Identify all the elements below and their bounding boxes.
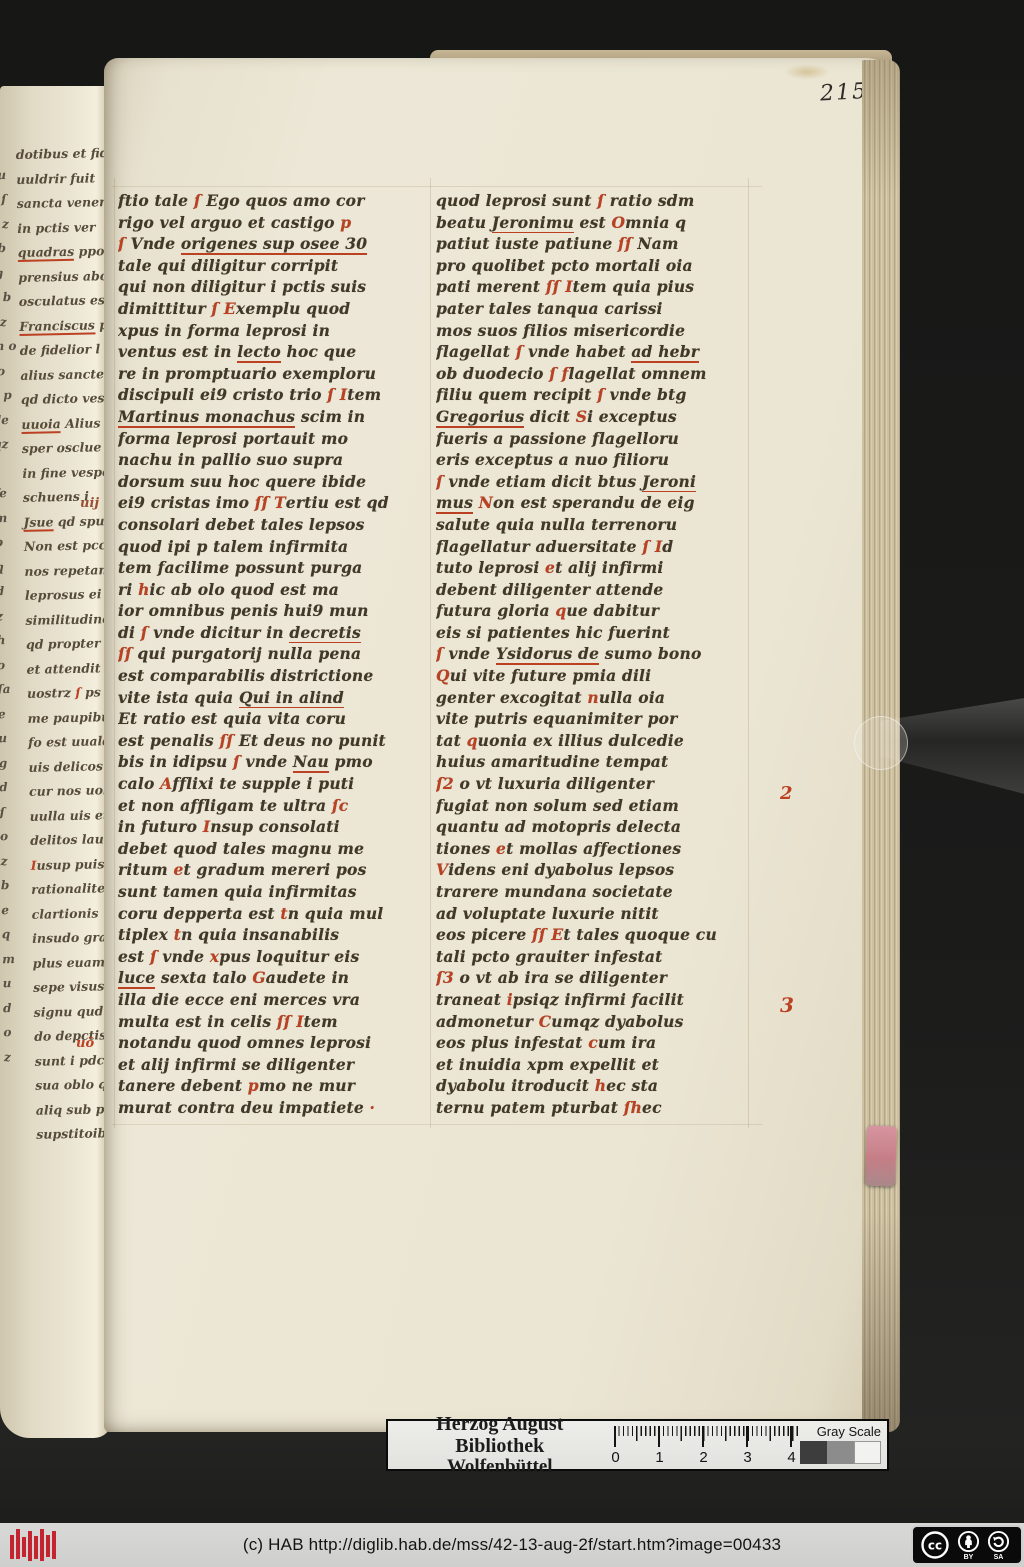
manuscript-line: ftio tale ſ Ego quos amo cor xyxy=(118,190,428,212)
manuscript-line: ventus est in lecto hoc que xyxy=(118,341,428,363)
manuscript-line: xpus in forma leprosi in xyxy=(118,320,428,342)
manuscript-line: cur nos uolu xyxy=(29,778,112,804)
manuscript-line: osculatus est xyxy=(19,288,105,314)
manuscript-line: ſo xyxy=(0,358,22,383)
manuscript-line: quantu ad motopris delecta xyxy=(436,816,746,838)
ruler-label: 1 xyxy=(652,1449,668,1466)
manuscript-line: supstitoibz xyxy=(36,1121,112,1147)
manuscript-line: d xyxy=(0,579,26,604)
ruler-cm-tick xyxy=(746,1426,748,1447)
manuscript-line: signu qud di xyxy=(33,999,112,1025)
manuscript-line: u xyxy=(2,971,32,996)
footer-strip: (c) HAB http://diglib.hab.de/mss/42-13-a… xyxy=(0,1523,1024,1567)
manuscript-line: sunt tamen quia infirmitas xyxy=(118,881,428,903)
ruling-line xyxy=(112,186,762,187)
manuscript-line: ri hic ab olo quod est ma xyxy=(118,579,428,601)
manuscript-line: consolari debet tales lepsos xyxy=(118,514,428,536)
manuscript-line: ſ Vnde origenes sup osee 30 xyxy=(118,233,428,255)
manuscript-line: eos picere ſſ Et tales quoque cu xyxy=(436,924,746,946)
manuscript-line: nachu in pallio suo supra xyxy=(118,449,428,471)
manuscript-line: et alij infirmi se diligenter xyxy=(118,1054,428,1076)
manuscript-line: trarere mundana societate xyxy=(436,881,746,903)
manuscript-line: filiu quem recipit ſ vnde btg xyxy=(436,384,746,406)
gutter-marginal-mark-red: uō xyxy=(76,1036,94,1051)
manuscript-line: pro quolibet pcto mortali oia xyxy=(436,255,746,277)
page-holder-strip xyxy=(880,694,1024,798)
manuscript-line: mus Non est sperandu de eig xyxy=(436,492,746,514)
manuscript-line: sancta vener xyxy=(17,190,103,216)
manuscript-line: murat contra deu impatiete · xyxy=(118,1097,428,1119)
manuscript-photo: hñuo ſd zabigo buzm oſoz pdeqzıſembqdzho… xyxy=(0,0,1024,1567)
manuscript-line: in pctis ver xyxy=(17,215,103,241)
ruler-label: 3 xyxy=(740,1449,756,1466)
manuscript-line: plus euam 9 xyxy=(32,950,112,976)
manuscript-line: et inuidia xpm expellit et xyxy=(436,1054,746,1076)
manuscript-line: uuoia Alius xyxy=(21,411,107,437)
ruler-cm-tick xyxy=(702,1426,704,1447)
manuscript-line: Franciscus po xyxy=(19,313,105,339)
manuscript-line: traneat ipsiqz infirmi facilit xyxy=(436,989,746,1011)
manuscript-line: beatu Jeronimu est Omnia q xyxy=(436,212,746,234)
grayscale-swatch-mid xyxy=(827,1441,854,1464)
manuscript-line: tale qui diligitur corripit xyxy=(118,255,428,277)
manuscript-line: eris exceptus a nuo filioru xyxy=(436,449,746,471)
text-column-left: ftio tale ſ Ego quos amo corrigo vel arg… xyxy=(118,190,428,1119)
manuscript-line: do depctis su xyxy=(34,1023,112,1049)
manuscript-line: uulla uis et z xyxy=(29,803,112,829)
manuscript-line: o xyxy=(0,824,30,849)
manuscript-line: vite ista quia Qui in alind xyxy=(118,687,428,709)
cc-logo-icon: cc xyxy=(920,1530,950,1560)
manuscript-line: patiut iuste patiune ſſ Nam xyxy=(436,233,746,255)
institution-line2: Wolfenbüttel xyxy=(394,1457,606,1477)
manuscript-line: ternu patem pturbat ſhec xyxy=(436,1097,746,1119)
grayscale-swatch-dark xyxy=(800,1441,827,1464)
manuscript-line: z p xyxy=(0,383,23,408)
ruler-cm-tick xyxy=(658,1426,660,1447)
manuscript-line: Qui vite future pmia dili xyxy=(436,665,746,687)
manuscript-line: Martinus monachus scim in xyxy=(118,406,428,428)
manuscript-line: o xyxy=(0,652,27,677)
manuscript-line: ſ xyxy=(0,799,30,824)
cc-sa-icon: SA xyxy=(987,1530,1010,1561)
manuscript-line: ı xyxy=(0,456,24,481)
ruling-line xyxy=(112,1124,762,1125)
manuscript-line: pati merent ſſ Item quia pius xyxy=(436,276,746,298)
manuscript-line: alius sancte xyxy=(20,362,106,388)
manuscript-line: q xyxy=(0,554,26,579)
manuscript-line: fo est uualde xyxy=(28,729,112,755)
manuscript-line: ad voluptate luxurie nitit xyxy=(436,903,746,925)
manuscript-line: flagellat ſ vnde habet ad hebr xyxy=(436,341,746,363)
cc-license-badge[interactable]: cc BY SA xyxy=(911,1525,1023,1565)
manuscript-line: ei9 cristas imo ſſ Tertiu est qd xyxy=(118,492,428,514)
manuscript-line: fugiat non solum sed etiam xyxy=(436,795,746,817)
manuscript-line: qd propter le xyxy=(26,631,112,657)
manuscript-line: ſ2 o vt luxuria diligenter xyxy=(436,773,746,795)
manuscript-line: delitos lau xyxy=(30,827,112,853)
gutter-marginal-mark: uij xyxy=(80,496,99,511)
manuscript-line: aliq sub pe xyxy=(36,1097,112,1123)
manuscript-line: m xyxy=(2,946,32,971)
manuscript-line: ſ vnde etiam dicit btus Jeroni xyxy=(436,471,746,493)
calibration-bar: Herzog August Bibliothek Wolfenbüttel 0 … xyxy=(386,1419,889,1471)
manuscript-line: illa die ecce eni merces vra xyxy=(118,989,428,1011)
manuscript-line: Gregorius dicit Si exceptus xyxy=(436,406,746,428)
manuscript-line: bis in idipsu ſ vnde Nau pmo xyxy=(118,751,428,773)
manuscript-line: similitudine 9 xyxy=(25,607,111,633)
manuscript-line: sua oblo q xyxy=(35,1072,112,1098)
manuscript-line: g xyxy=(0,750,29,775)
previous-page-edge: hñuo ſd zabigo buzm oſoz pdeqzıſembqdzho… xyxy=(0,86,112,1438)
text-column-right: quod leprosi sunt ſ ratio sdmbeatu Jeron… xyxy=(436,190,746,1119)
manuscript-line: uuldrir fuit xyxy=(16,166,102,192)
manuscript-line: tuto leprosi et alij infirmi xyxy=(436,557,746,579)
manuscript-line: insudo gra xyxy=(32,925,112,951)
manuscript-line: quod leprosi sunt ſ ratio sdm xyxy=(436,190,746,212)
manuscript-line: tem facilime possunt purga xyxy=(118,557,428,579)
manuscript-line: huius amaritudine tempat xyxy=(436,751,746,773)
manuscript-line: in fine vespe xyxy=(22,460,108,486)
manuscript-line: pater tales tanqua carissi xyxy=(436,298,746,320)
manuscript-line: est ſ vnde xpus loquitur eis xyxy=(118,946,428,968)
ruler-cm-tick xyxy=(790,1426,792,1447)
manuscript-line: forma leprosi portauit mo xyxy=(118,428,428,450)
pink-bookmark-tab xyxy=(865,1125,897,1186)
manuscript-line: ior omnibus penis hui9 mun xyxy=(118,600,428,622)
grayscale-label: Gray Scale xyxy=(817,1424,881,1439)
manuscript-line: Et ratio est quia vita coru xyxy=(118,708,428,730)
manuscript-line: u xyxy=(0,726,29,751)
manuscript-line: admonetur Cumqz dyabolus xyxy=(436,1011,746,1033)
manuscript-line: est comparabilis districtione xyxy=(118,665,428,687)
manuscript-line: mos suos filios misericordie xyxy=(436,320,746,342)
marginal-number-2: 2 xyxy=(780,783,793,804)
manuscript-line: notandu quod omnes leprosi xyxy=(118,1032,428,1054)
ruler-label: 2 xyxy=(696,1449,712,1466)
cc-sa-label: SA xyxy=(994,1554,1004,1561)
manuscript-line: coru depperta est tn quia mul xyxy=(118,903,428,925)
manuscript-line: nos repetam9 xyxy=(24,558,110,584)
manuscript-line: d xyxy=(0,775,29,800)
manuscript-line: dimittitur ſ Exemplu quod xyxy=(118,298,428,320)
manuscript-line: discipuli ei9 cristo trio ſ Item xyxy=(118,384,428,406)
manuscript-line: dotibus et fid xyxy=(15,141,101,167)
manuscript-line: q xyxy=(2,922,32,947)
manuscript-line: m xyxy=(0,505,25,530)
manuscript-line: z xyxy=(4,1044,34,1069)
manuscript-line: Videns eni dyabolus lepsos xyxy=(436,859,746,881)
manuscript-line: e xyxy=(0,701,28,726)
manuscript-line: debet quod tales magnu me xyxy=(118,838,428,860)
ruling-line xyxy=(430,178,431,1128)
manuscript-line: tanere debent pmo ne mur xyxy=(118,1075,428,1097)
manuscript-line: et non affligam te ultra ſc xyxy=(118,795,428,817)
ruler-label: 0 xyxy=(608,1449,624,1466)
manuscript-line: o xyxy=(3,1020,33,1045)
manuscript-line: in futuro Insup consolati xyxy=(118,816,428,838)
page-stain xyxy=(784,64,830,80)
manuscript-line: luce sexta talo Gaudete in xyxy=(118,967,428,989)
grayscale-target: Gray Scale xyxy=(798,1423,881,1467)
manuscript-line: d xyxy=(3,995,33,1020)
manuscript-line: tat quonia ex illius dulcedie xyxy=(436,730,746,752)
manuscript-line: Jsue qd spuale xyxy=(23,509,109,535)
ruling-line xyxy=(114,178,115,1128)
cc-by-label: BY xyxy=(964,1554,974,1561)
manuscript-line: Iusup puis q xyxy=(30,852,112,878)
manuscript-line: b xyxy=(0,530,25,555)
manuscript-line: sepe visus q xyxy=(33,974,112,1000)
manuscript-line: vite putris equanimiter por xyxy=(436,708,746,730)
manuscript-line: et attendit q xyxy=(26,656,112,682)
manuscript-line: flagellatur aduersitate ſ Id xyxy=(436,536,746,558)
manuscript-line: Non est pccm xyxy=(24,533,110,559)
marginal-number-3: 3 xyxy=(780,993,794,1017)
manuscript-line: dyabolu itroducit hec sta xyxy=(436,1075,746,1097)
manuscript-line: ritum et gradum mereri pos xyxy=(118,859,428,881)
institution-line1: Herzog August Bibliothek xyxy=(394,1413,606,1457)
manuscript-line: z xyxy=(0,603,26,628)
manuscript-line: tali pcto grauiter infestat xyxy=(436,946,746,968)
cm-ruler: 0 1 2 3 4 xyxy=(608,1423,802,1467)
manuscript-line: salute quia nulla terrenoru xyxy=(436,514,746,536)
manuscript-line: sunt i pdca xyxy=(34,1048,112,1074)
ruler-5mm-ticks xyxy=(614,1426,800,1441)
manuscript-line: uostrz ſ ps de xyxy=(27,680,112,706)
manuscript-line: futura gloria que dabitur xyxy=(436,600,746,622)
manuscript-line: qui non diligitur i pctis suis xyxy=(118,276,428,298)
manuscript-line: ob duodecio ſ flagellat omnem xyxy=(436,363,746,385)
manuscript-line: qd dicto vesp xyxy=(21,386,107,412)
manuscript-line: di ſ vnde dicitur in decretis xyxy=(118,622,428,644)
manuscript-line: rigo vel arguo et castigo p xyxy=(118,212,428,234)
manuscript-line: est penalis ſſ Et deus no punit xyxy=(118,730,428,752)
manuscript-line: de fidelior l xyxy=(20,337,106,363)
manuscript-line: h xyxy=(0,628,27,653)
manuscript-line: ſſ qui purgatorij nulla pena xyxy=(118,643,428,665)
manuscript-line: eos plus infestat cum ira xyxy=(436,1032,746,1054)
manuscript-line: clartionis xyxy=(31,901,112,927)
manuscript-line: eis si patientes hic fuerint xyxy=(436,622,746,644)
manuscript-line: ſ vnde Ysidorus de sumo bono xyxy=(436,643,746,665)
manuscript-line: tiplex tn quia insanabilis xyxy=(118,924,428,946)
svg-text:cc: cc xyxy=(928,1539,942,1553)
manuscript-line: fueris a passione flagelloru xyxy=(436,428,746,450)
manuscript-line: b xyxy=(1,873,31,898)
manuscript-line: rationaliter xyxy=(31,876,112,902)
copyright-link[interactable]: (c) HAB http://diglib.hab.de/mss/42-13-a… xyxy=(0,1523,1024,1567)
ruler-cm-tick xyxy=(614,1426,616,1447)
manuscript-page: 215. ftio tale ſ Ego quos amo corrigo ve… xyxy=(104,58,896,1432)
manuscript-line: e xyxy=(1,897,31,922)
manuscript-line: qz xyxy=(0,432,23,457)
manuscript-line: uis delicos fe xyxy=(28,754,112,780)
manuscript-line: ſa xyxy=(0,677,28,702)
manuscript-line: quadras ppo xyxy=(18,239,104,265)
manuscript-line: dorsum suu hoc quere ibide xyxy=(118,471,428,493)
manuscript-line: z xyxy=(0,848,30,873)
cc-by-icon: BY xyxy=(957,1530,980,1561)
manuscript-line: sper osclue xyxy=(22,435,108,461)
manuscript-line: tiones et mollas affectiones xyxy=(436,838,746,860)
grayscale-swatches xyxy=(800,1441,881,1464)
manuscript-line: calo Afflixi te supple i puti xyxy=(118,773,428,795)
ruling-line xyxy=(748,178,749,1128)
manuscript-line: leprosus ei 9 xyxy=(25,582,111,608)
manuscript-line: prensius abo xyxy=(18,264,104,290)
manuscript-line: quod ipi p talem infirmita xyxy=(118,536,428,558)
institution-label: Herzog August Bibliothek Wolfenbüttel xyxy=(394,1423,606,1467)
manuscript-line: m o xyxy=(0,334,22,359)
manuscript-line: ſe xyxy=(0,481,24,506)
ruler-label: 4 xyxy=(784,1449,800,1466)
manuscript-line: debent diligenter attende xyxy=(436,579,746,601)
manuscript-line: ſ3 o vt ab ira se diligenter xyxy=(436,967,746,989)
manuscript-line: de xyxy=(0,407,23,432)
manuscript-line: multa est in celis ſſ Item xyxy=(118,1011,428,1033)
manuscript-line: me paupibus xyxy=(27,705,112,731)
manuscript-line: re in promptuario exemploru xyxy=(118,363,428,385)
grayscale-swatch-white xyxy=(854,1441,881,1464)
manuscript-line: genter excogitat nulla oia xyxy=(436,687,746,709)
